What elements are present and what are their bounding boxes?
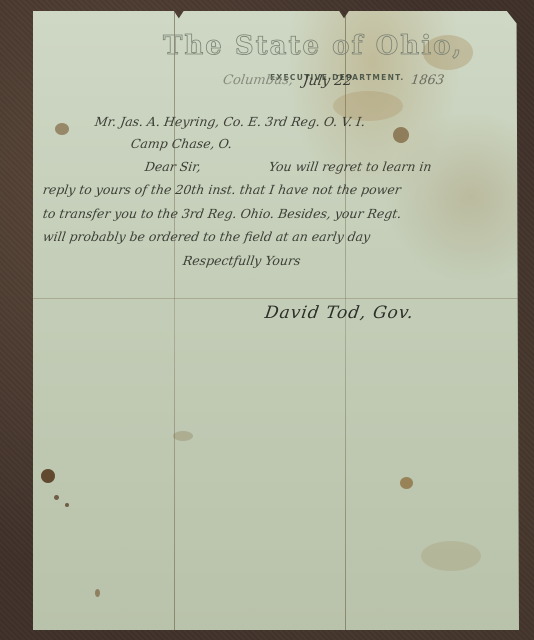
addressee-line-1: Mr. Jas. A. Heyring, Co. E. 3rd Reg. O. … — [94, 114, 366, 129]
stain — [173, 431, 193, 441]
dateline-date: July 22 — [302, 73, 354, 89]
stain — [393, 127, 409, 143]
body-line-3: to transfer you to the 3rd Reg. Ohio. Be… — [42, 206, 402, 221]
stain — [55, 123, 69, 135]
letterhead-title: The State of Ohio, — [163, 31, 463, 61]
closing: Respectfully Yours — [182, 253, 302, 268]
letter-paper: The State of Ohio, EXECUTIVE DEPARTMENT.… — [33, 11, 519, 630]
body-line-4: will probably be ordered to the field at… — [42, 229, 371, 244]
fold-line-horizontal — [33, 298, 519, 299]
body-line-2: reply to yours of the 20th inst. that I … — [42, 182, 402, 197]
dateline-city: Columbus, — [222, 73, 294, 88]
addressee-line-2: Camp Chase, O. — [130, 136, 233, 151]
fold-line-vertical-left — [174, 11, 175, 630]
stain — [95, 589, 100, 597]
stain — [54, 495, 59, 500]
stain — [65, 503, 69, 507]
stain — [421, 541, 481, 571]
salutation: Dear Sir, — [144, 159, 202, 174]
stain — [400, 477, 413, 489]
stain — [41, 469, 55, 483]
dateline-year: 1863 — [410, 73, 445, 88]
signature: David Tod, Gov. — [264, 303, 416, 323]
body-line-1: You will regret to learn in — [268, 159, 433, 174]
